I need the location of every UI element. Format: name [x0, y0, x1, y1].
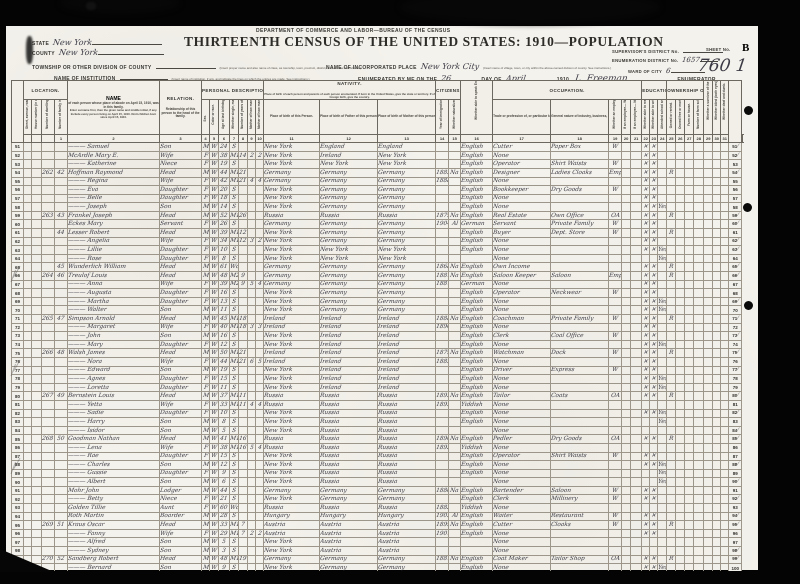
- cell-blind: [713, 504, 721, 513]
- cell-marital: M1: [230, 555, 239, 564]
- cell-street: [24, 461, 32, 470]
- handwritten-entry: Ireland: [378, 324, 400, 330]
- handwritten-entry: Germany: [264, 556, 292, 562]
- handwritten-entry: Son: [160, 419, 172, 425]
- handwritten-entry: Germany: [320, 290, 348, 296]
- cell-father-birthplace: Germany: [320, 220, 378, 229]
- cell-write: ✕: [650, 237, 658, 246]
- cell-read: ✕: [642, 143, 650, 152]
- cell-name: ——— Anna: [68, 280, 160, 289]
- cell-name: ——— Martha: [68, 297, 160, 306]
- cell-blind: [713, 461, 721, 470]
- relation-header-note: Relationship of this person to the head …: [160, 108, 201, 119]
- cell-birthplace: New York: [264, 366, 320, 375]
- cell-industry: [551, 443, 609, 452]
- cell-age: 44: [219, 168, 230, 177]
- handwritten-entry: New York: [320, 256, 349, 262]
- cell-employment-class: OA: [609, 435, 622, 444]
- handwritten-entry: Ireland: [264, 359, 286, 365]
- cell-immigration-year: 1879: [436, 349, 449, 358]
- cell-language: English: [461, 512, 493, 521]
- handwritten-entry: 41: [220, 436, 228, 442]
- handwritten-entry: 34: [220, 238, 228, 244]
- handwritten-entry: Daughter: [160, 376, 189, 382]
- handwritten-entry: Germany: [320, 264, 348, 270]
- cell-children-living: [256, 246, 264, 255]
- cell-blind: [713, 521, 721, 530]
- cell-employment-class: W: [609, 452, 622, 461]
- cell-children-born: [248, 315, 256, 324]
- cell-school: Yes: [658, 469, 667, 478]
- cell-children-born: 4: [248, 400, 256, 409]
- cell-school: [658, 315, 667, 324]
- cell-relation: Head: [160, 211, 202, 220]
- cell-mother-birthplace: England: [378, 143, 436, 152]
- cell-industry: Restaurant: [551, 512, 609, 521]
- cell-mortgage: [676, 237, 685, 246]
- cell-dwelling: [42, 409, 55, 418]
- cell-father-birthplace: Ireland: [320, 357, 378, 366]
- cell-birthplace: New York: [264, 340, 320, 349]
- table-row: 98——— SydneySonMW3SNew YorkAustriaAustri…: [12, 547, 743, 556]
- handwritten-entry: 4: [257, 445, 262, 451]
- handwritten-entry: ——— Regina: [68, 178, 109, 184]
- cell-employment-class: W: [609, 486, 622, 495]
- cell-occupation: None: [493, 547, 551, 556]
- handwritten-entry: New York: [264, 385, 293, 391]
- pencil-tick: ⁄: [737, 393, 738, 399]
- cell-blind: [713, 418, 721, 427]
- cell-family: [55, 504, 68, 513]
- handwritten-entry: New York: [264, 367, 293, 373]
- cell-farm-schedule: [694, 177, 704, 186]
- cell-write: [650, 426, 658, 435]
- handwritten-entry: ✕: [651, 221, 657, 227]
- cell-dwelling: [42, 194, 55, 203]
- handwritten-entry: None: [493, 419, 510, 425]
- cell-industry: Saloon: [551, 272, 609, 281]
- cell-veteran: [704, 340, 713, 349]
- cell-name: ——— Albert: [68, 478, 160, 487]
- pencil-tick: ⁄: [737, 264, 738, 270]
- handwritten-entry: ——— Augusta: [68, 290, 112, 296]
- cell-marital: Wd: [230, 504, 239, 513]
- cell-out-of-work: [622, 297, 631, 306]
- cell-industry: [551, 469, 609, 478]
- pencil-tick: ⁄: [737, 513, 738, 519]
- cell-language: [461, 478, 493, 487]
- cell-family: [55, 461, 68, 470]
- cell-home-owned: R: [667, 521, 676, 530]
- cell-out-of-work: [622, 203, 631, 212]
- cell-blind: [713, 512, 721, 521]
- cell-naturalization: [449, 177, 461, 186]
- cell-father-birthplace: Germany: [320, 229, 378, 238]
- cell-home-owned: [667, 529, 676, 538]
- cell-veteran: [704, 254, 713, 263]
- cell-farm-or-house: [685, 366, 694, 375]
- handwritten-entry: M: [202, 264, 209, 270]
- cell-family: [55, 547, 68, 556]
- handwritten-entry: ——— Nora: [68, 359, 103, 365]
- cell-relation: Aunt: [160, 504, 202, 513]
- handwritten-entry: ——— Mary: [68, 342, 104, 348]
- cell-mortgage: [676, 495, 685, 504]
- cell-immigration-year: [436, 461, 449, 470]
- handwritten-entry: Austria: [264, 531, 286, 537]
- cell-blind: [713, 246, 721, 255]
- cell-immigration-year: 1881: [436, 555, 449, 564]
- cell-sex: M: [202, 461, 210, 470]
- handwritten-entry: Ireland: [320, 367, 342, 373]
- cell-immigration-year: [436, 306, 449, 315]
- table-row: 73——— JohnSonMW16SNew YorkIrelandIreland…: [12, 332, 743, 341]
- handwritten-entry: W: [211, 247, 218, 253]
- cell-family: [55, 186, 68, 195]
- cell-dwelling: [42, 400, 55, 409]
- cell-birthplace: Russia: [264, 435, 320, 444]
- cell-family: [55, 254, 68, 263]
- cell-deaf: [721, 469, 729, 478]
- line-number-right: 62⁄: [729, 237, 742, 246]
- cell-naturalization: [449, 538, 461, 547]
- cell-naturalization: Na: [449, 486, 461, 495]
- table-row: 69——— MarthaDaughterFW13SNew YorkGermany…: [12, 297, 743, 306]
- line-number-left: 59: [12, 211, 24, 220]
- handwritten-entry: Dry Goods: [551, 187, 583, 193]
- cell-occupation: Driver: [493, 366, 551, 375]
- cell-blind: [713, 237, 721, 246]
- handwritten-entry: ——— Martha: [68, 299, 110, 305]
- handwritten-entry: Real Estate: [493, 213, 528, 219]
- read-header: Whether able to read.: [642, 100, 650, 135]
- cell-children-living: [256, 375, 264, 384]
- cell-language: Yiddish: [461, 504, 493, 513]
- handwritten-entry: English: [461, 153, 484, 159]
- handwritten-entry: 39: [220, 281, 228, 287]
- cell-employment-class: [609, 177, 622, 186]
- handwritten-entry: English: [461, 264, 484, 270]
- handwritten-entry: Germany: [264, 178, 292, 184]
- cell-house: [32, 495, 42, 504]
- cell-out-of-work: [622, 461, 631, 470]
- cell-school: [658, 555, 667, 564]
- handwritten-entry: 4: [257, 281, 262, 287]
- handwritten-entry: ✕: [651, 367, 657, 373]
- cell-employment-class: [609, 357, 622, 366]
- table-row: 78——— AgnesDaughterFW15SNew YorkIrelandI…: [12, 375, 743, 384]
- handwritten-entry: Russia: [378, 213, 398, 219]
- nativity-header-note: Place of birth of each person and parent…: [264, 93, 435, 99]
- cell-dwelling: [42, 237, 55, 246]
- cell-deaf: [721, 349, 729, 358]
- employment-class-header: Whether an employer, employee, or workin…: [609, 100, 622, 135]
- cell-deaf: [721, 151, 729, 160]
- cell-family: [55, 529, 68, 538]
- handwritten-entry: Designer: [493, 170, 520, 176]
- cell-street: [24, 280, 32, 289]
- cell-weeks-out: [631, 306, 642, 315]
- handwritten-entry: New York: [264, 161, 293, 167]
- cell-birthplace: Ireland: [264, 357, 320, 366]
- cell-school: [658, 486, 667, 495]
- cell-farm-or-house: [685, 409, 694, 418]
- handwritten-entry: ✕: [643, 187, 649, 193]
- cell-father-birthplace: Russia: [320, 435, 378, 444]
- cell-marital: M2: [230, 280, 239, 289]
- handwritten-entry: Germany: [378, 299, 406, 305]
- cell-veteran: [704, 521, 713, 530]
- handwritten-entry: 44: [220, 488, 228, 494]
- handwritten-entry: 1885: [436, 170, 449, 176]
- handwritten-entry: Austria: [378, 522, 400, 528]
- cell-immigration-year: [436, 160, 449, 169]
- cell-occupation: None: [493, 306, 551, 315]
- table-row: 7526648Walsh JamesHeadMW50M121IrelandIre…: [12, 349, 743, 358]
- table-row: 72——— MargaretWifeFW40M11833IrelandIrela…: [12, 323, 743, 332]
- cell-house: [32, 461, 42, 470]
- cell-name: ——— John: [68, 332, 160, 341]
- handwritten-entry: Express: [551, 367, 575, 373]
- handwritten-entry: None: [493, 204, 510, 210]
- handwritten-entry: ✕: [643, 385, 649, 391]
- cell-family: [55, 297, 68, 306]
- line-number-right: 86: [729, 443, 742, 452]
- cell-farm-schedule: [694, 400, 704, 409]
- handwritten-entry: None: [493, 195, 510, 201]
- cell-marital: M1: [230, 435, 239, 444]
- cell-color: W: [210, 478, 219, 487]
- cell-out-of-work: [622, 392, 631, 401]
- cell-naturalization: Na: [449, 392, 461, 401]
- cell-blind: [713, 280, 721, 289]
- cell-immigration-year: [436, 418, 449, 427]
- cell-sex: F: [202, 529, 210, 538]
- cell-school: Yes: [658, 203, 667, 212]
- cell-birthplace: Russia: [264, 392, 320, 401]
- handwritten-entry: 6: [222, 479, 227, 485]
- cell-farm-or-house: [685, 461, 694, 470]
- line-number-right: 94⁄: [729, 512, 742, 521]
- line-number-right: 80⁄: [729, 392, 742, 401]
- cell-deaf: [721, 315, 729, 324]
- weeks-out-header: If an employee— Number of weeks out of w…: [631, 100, 642, 135]
- cell-out-of-work: [622, 400, 631, 409]
- cell-house: [32, 400, 42, 409]
- handwritten-entry: W: [211, 428, 218, 434]
- handwritten-entry: M1: [230, 178, 239, 184]
- cell-home-owned: [667, 323, 676, 332]
- cell-name: ——— Nora: [68, 357, 160, 366]
- cell-language: English: [461, 186, 493, 195]
- handwritten-entry: 1893: [436, 393, 449, 399]
- cell-home-owned: [667, 237, 676, 246]
- handwritten-entry: 12: [239, 230, 247, 236]
- ward-field: WARD OF CITY 6: [628, 60, 705, 78]
- handwritten-entry: F: [203, 256, 208, 262]
- handwritten-entry: Treulof Louis: [68, 273, 108, 279]
- cell-occupation: Coachman: [493, 315, 551, 324]
- cell-father-birthplace: Ireland: [320, 315, 378, 324]
- cell-occupation: None: [493, 443, 551, 452]
- handwritten-entry: Germany: [378, 488, 406, 494]
- handwritten-entry: Ireland: [320, 350, 342, 356]
- cell-color: W: [210, 332, 219, 341]
- cell-out-of-work: [622, 332, 631, 341]
- cell-color: W: [210, 237, 219, 246]
- cell-immigration-year: [436, 478, 449, 487]
- cell-blind: [713, 547, 721, 556]
- column-number: 27: [685, 135, 694, 143]
- handwritten-entry: F: [203, 445, 208, 451]
- cell-family: [55, 332, 68, 341]
- cell-years-married: 11: [239, 400, 248, 409]
- cell-age: 15: [219, 452, 230, 461]
- cell-write: ✕: [650, 306, 658, 315]
- handwritten-entry: ✕: [651, 153, 657, 159]
- handwritten-entry: Wife: [160, 178, 174, 184]
- handwritten-entry: S: [232, 299, 237, 305]
- handwritten-entry: 1868: [436, 264, 449, 270]
- cell-house: [32, 486, 42, 495]
- cell-language: English: [461, 323, 493, 332]
- handwritten-entry: M1: [230, 230, 239, 236]
- handwritten-entry: R: [669, 436, 674, 442]
- cell-mother-birthplace: Austria: [378, 529, 436, 538]
- cell-color: W: [210, 186, 219, 195]
- cell-industry: Dry Goods: [551, 186, 609, 195]
- cell-out-of-work: [622, 229, 631, 238]
- cell-children-living: [256, 186, 264, 195]
- cell-farm-or-house: [685, 280, 694, 289]
- handwritten-entry: Russia: [320, 479, 340, 485]
- handwritten-entry: M1: [230, 238, 239, 244]
- cell-farm-or-house: [685, 547, 694, 556]
- cell-house: [32, 168, 42, 177]
- cell-farm-or-house: [685, 495, 694, 504]
- handwritten-entry: ✕: [651, 307, 657, 313]
- cell-school: [658, 366, 667, 375]
- handwritten-entry: English: [461, 273, 484, 279]
- line-number-left: 68: [12, 289, 24, 298]
- handwritten-entry: Operator: [493, 161, 521, 167]
- handwritten-entry: Yes: [658, 204, 667, 210]
- cell-mother-birthplace: Russia: [378, 469, 436, 478]
- cell-read: ✕: [642, 289, 650, 298]
- cell-immigration-year: [436, 229, 449, 238]
- cell-out-of-work: [622, 315, 631, 324]
- cell-street: [24, 435, 32, 444]
- cell-language: German: [461, 220, 493, 229]
- cell-dwelling: 262: [42, 168, 55, 177]
- table-row: 68——— AugustaDaughterFW16SNew YorkGerman…: [12, 289, 743, 298]
- cell-occupation: Cutter: [493, 521, 551, 530]
- handwritten-entry: W: [211, 221, 218, 227]
- cell-employment-class: [609, 375, 622, 384]
- cell-age: 10: [219, 246, 230, 255]
- cell-naturalization: [449, 143, 461, 152]
- line-number-right: 83: [729, 418, 742, 427]
- handwritten-entry: New York: [320, 247, 349, 253]
- cell-children-born: 5: [248, 443, 256, 452]
- handwritten-entry: 42: [57, 170, 65, 176]
- cell-veteran: [704, 272, 713, 281]
- cell-years-married: [239, 469, 248, 478]
- cell-school: Yes: [658, 383, 667, 392]
- handwritten-entry: ——— Belle: [68, 195, 103, 201]
- handwritten-entry: W: [211, 213, 218, 219]
- cell-children-living: [256, 289, 264, 298]
- cell-home-owned: [667, 151, 676, 160]
- cell-relation: Wife: [160, 280, 202, 289]
- line-number-right: 92⁄: [729, 495, 742, 504]
- cell-deaf: [721, 512, 729, 521]
- cell-children-living: [256, 306, 264, 315]
- cell-school: [658, 392, 667, 401]
- cell-farm-or-house: [685, 478, 694, 487]
- cell-deaf: [721, 246, 729, 255]
- cell-industry: Dept. Store: [551, 229, 609, 238]
- handwritten-entry: Russia: [320, 445, 340, 451]
- handwritten-entry: Private Family: [551, 221, 594, 227]
- handwritten-entry: New York: [264, 204, 293, 210]
- handwritten-entry: F: [203, 402, 208, 408]
- handwritten-entry: Germany: [378, 221, 406, 227]
- write-header: Whether able to write.: [650, 100, 658, 135]
- cell-father-birthplace: Germany: [320, 486, 378, 495]
- cell-farm-schedule: [694, 160, 704, 169]
- cell-sex: M: [202, 512, 210, 521]
- cell-industry: [551, 237, 609, 246]
- cell-deaf: [721, 486, 729, 495]
- cell-language: English: [461, 203, 493, 212]
- handwritten-entry: 3: [249, 238, 254, 244]
- cell-years-married: [239, 478, 248, 487]
- handwritten-entry: ✕: [643, 496, 649, 502]
- handwritten-entry: Own Office: [551, 213, 585, 219]
- cell-veteran: [704, 504, 713, 513]
- cell-house: [32, 289, 42, 298]
- cell-language: English: [461, 272, 493, 281]
- line-number-right: 89: [729, 469, 742, 478]
- cell-marital: S: [230, 160, 239, 169]
- cell-home-owned: [667, 160, 676, 169]
- handwritten-entry: ✕: [651, 496, 657, 502]
- cell-marital: S: [230, 143, 239, 152]
- handwritten-entry: 18: [239, 324, 247, 330]
- cell-blind: [713, 203, 721, 212]
- cell-read: ✕: [642, 452, 650, 461]
- handwritten-entry: W: [211, 350, 218, 356]
- cell-father-birthplace: Germany: [320, 555, 378, 564]
- cell-weeks-out: [631, 177, 642, 186]
- cell-sex: F: [202, 297, 210, 306]
- cell-street: [24, 246, 32, 255]
- line-number-right: 58: [729, 203, 742, 212]
- cell-naturalization: [449, 289, 461, 298]
- cell-mortgage: [676, 486, 685, 495]
- handwritten-entry: English: [461, 376, 484, 382]
- cell-years-married: 21: [239, 357, 248, 366]
- column-number: 17: [493, 135, 551, 143]
- handwritten-entry: ——— Angelia: [68, 238, 110, 244]
- cell-years-married: 16: [239, 435, 248, 444]
- cell-employment-class: [609, 547, 622, 556]
- table-row: 83——— HarrySonMW8SNew YorkRussiaRussiaEn…: [12, 418, 743, 427]
- handwritten-entry: Al: [451, 221, 458, 227]
- handwritten-entry: W: [211, 187, 218, 193]
- cell-dwelling: 268: [42, 435, 55, 444]
